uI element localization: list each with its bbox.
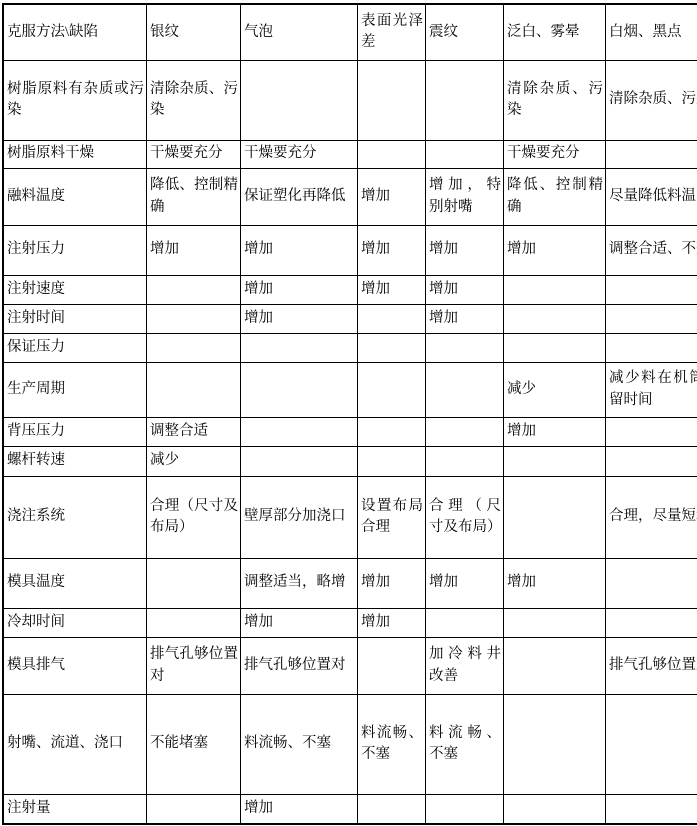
value-cell: 合理（尺寸及布局） (147, 476, 241, 558)
value-cell: 增加 (358, 608, 426, 637)
value-cell: 清除杂质、污染 (147, 60, 241, 140)
table-row: 模具排气排气孔够位置对排气孔够位置对加冷料井改善排气孔够位置对 (3, 637, 697, 694)
table-row: 树脂原料有杂质或污染清除杂质、污染清除杂质、污染清除杂质、污染 (3, 60, 697, 140)
row-label-cell: 冷却时间 (3, 608, 147, 637)
value-cell: 增加 (426, 275, 504, 304)
row-label-cell: 模具排气 (3, 637, 147, 694)
value-cell: 合理（尺寸及布局） (426, 476, 504, 558)
table-row: 保证压力 (3, 333, 697, 362)
table-row: 射嘴、流道、浇口不能堵塞料流畅、不塞料流畅、不塞料流畅、不塞 (3, 694, 697, 794)
value-cell (147, 558, 241, 608)
value-cell: 排气孔够位置对 (606, 637, 697, 694)
value-cell: 增加 (358, 225, 426, 275)
value-cell (426, 362, 504, 417)
value-cell (358, 140, 426, 168)
value-cell: 调整合适、不变质 (606, 225, 697, 275)
value-cell (606, 794, 697, 824)
value-cell: 增加 (241, 304, 358, 333)
value-cell (358, 333, 426, 362)
row-label-cell: 射嘴、流道、浇口 (3, 694, 147, 794)
value-cell: 清除杂质、污染 (504, 60, 606, 140)
value-cell (504, 694, 606, 794)
value-cell (241, 333, 358, 362)
value-cell (241, 446, 358, 476)
header-cell: 震纹 (426, 4, 504, 60)
value-cell: 尽量降低料温 (606, 168, 697, 225)
value-cell (147, 275, 241, 304)
value-cell (147, 362, 241, 417)
value-cell: 增加 (426, 558, 504, 608)
value-cell (426, 140, 504, 168)
value-cell (358, 362, 426, 417)
value-cell: 合理，尽量短粗 (606, 476, 697, 558)
row-label-cell: 模具温度 (3, 558, 147, 608)
value-cell (504, 794, 606, 824)
row-label-cell: 螺杆转速 (3, 446, 147, 476)
value-cell (241, 417, 358, 446)
value-cell (426, 608, 504, 637)
value-cell (606, 694, 697, 794)
table-body: 树脂原料有杂质或污染清除杂质、污染清除杂质、污染清除杂质、污染树脂原料干燥干燥要… (3, 60, 697, 824)
value-cell: 设置布局合理 (358, 476, 426, 558)
value-cell: 料流畅、不塞 (426, 694, 504, 794)
header-cell: 白烟、黑点 (606, 4, 697, 60)
table-row: 注射压力增加增加增加增加增加调整合适、不变质 (3, 225, 697, 275)
row-label-cell: 生产周期 (3, 362, 147, 417)
value-cell: 增加 (358, 558, 426, 608)
value-cell (606, 417, 697, 446)
header-row: 克服方法\缺陷银纹气泡表面光泽差震纹泛白、雾晕白烟、黑点 (3, 4, 697, 60)
table-row: 生产周期减少减少料在机筒内停留时间 (3, 362, 697, 417)
value-cell (504, 637, 606, 694)
value-cell (606, 446, 697, 476)
value-cell: 清除杂质、污染 (606, 60, 697, 140)
value-cell (147, 794, 241, 824)
header-cell: 泛白、雾晕 (504, 4, 606, 60)
value-cell (358, 60, 426, 140)
value-cell (426, 794, 504, 824)
row-label-cell: 注射时间 (3, 304, 147, 333)
value-cell: 增加 (504, 417, 606, 446)
value-cell: 调整合适 (147, 417, 241, 446)
value-cell: 加冷料井改善 (426, 637, 504, 694)
header-cell: 银纹 (147, 4, 241, 60)
table-row: 浇注系统合理（尺寸及布局）壁厚部分加浇口设置布局合理合理（尺寸及布局）合理，尽量… (3, 476, 697, 558)
value-cell: 增加 (358, 275, 426, 304)
value-cell (426, 446, 504, 476)
table-row: 背压压力调整合适增加 (3, 417, 697, 446)
value-cell (504, 476, 606, 558)
value-cell (606, 304, 697, 333)
value-cell: 降低、控制精确 (504, 168, 606, 225)
value-cell: 干燥要充分 (504, 140, 606, 168)
value-cell (358, 304, 426, 333)
table-row: 树脂原料干燥干燥要充分干燥要充分干燥要充分 (3, 140, 697, 168)
value-cell (358, 417, 426, 446)
defect-solution-table: 克服方法\缺陷银纹气泡表面光泽差震纹泛白、雾晕白烟、黑点 树脂原料有杂质或污染清… (2, 3, 697, 825)
value-cell: 增加 (358, 168, 426, 225)
value-cell (147, 304, 241, 333)
value-cell: 增加 (504, 558, 606, 608)
table-row: 注射时间增加增加 (3, 304, 697, 333)
row-label-cell: 浇注系统 (3, 476, 147, 558)
value-cell: 料流畅、不塞 (241, 694, 358, 794)
value-cell: 增加 (426, 225, 504, 275)
value-cell (504, 275, 606, 304)
value-cell (426, 60, 504, 140)
row-label-cell: 融料温度 (3, 168, 147, 225)
value-cell (504, 608, 606, 637)
value-cell (358, 794, 426, 824)
value-cell: 增加 (241, 608, 358, 637)
value-cell (426, 417, 504, 446)
value-cell (358, 637, 426, 694)
value-cell (606, 333, 697, 362)
value-cell: 不能堵塞 (147, 694, 241, 794)
value-cell: 增加 (241, 225, 358, 275)
value-cell: 减少料在机筒内停留时间 (606, 362, 697, 417)
header-cell: 克服方法\缺陷 (3, 4, 147, 60)
table-row: 冷却时间增加增加 (3, 608, 697, 637)
value-cell: 保证塑化再降低 (241, 168, 358, 225)
value-cell (504, 446, 606, 476)
value-cell: 减少 (504, 362, 606, 417)
value-cell (606, 558, 697, 608)
value-cell: 增加 (241, 275, 358, 304)
value-cell (606, 140, 697, 168)
row-label-cell: 树脂原料有杂质或污染 (3, 60, 147, 140)
value-cell: 减少 (147, 446, 241, 476)
row-label-cell: 注射压力 (3, 225, 147, 275)
value-cell: 增加 (426, 304, 504, 333)
row-label-cell: 保证压力 (3, 333, 147, 362)
value-cell: 增加 (504, 225, 606, 275)
value-cell: 增加 (241, 794, 358, 824)
value-cell: 壁厚部分加浇口 (241, 476, 358, 558)
value-cell (241, 60, 358, 140)
table-row: 注射速度增加增加增加 (3, 275, 697, 304)
value-cell (426, 333, 504, 362)
value-cell (241, 362, 358, 417)
table-header: 克服方法\缺陷银纹气泡表面光泽差震纹泛白、雾晕白烟、黑点 (3, 4, 697, 60)
value-cell (504, 304, 606, 333)
table-row: 模具温度调整适当，略增增加增加增加 (3, 558, 697, 608)
value-cell (606, 608, 697, 637)
value-cell: 干燥要充分 (147, 140, 241, 168)
value-cell: 增加 (147, 225, 241, 275)
value-cell (358, 446, 426, 476)
value-cell: 排气孔够位置对 (241, 637, 358, 694)
row-label-cell: 注射速度 (3, 275, 147, 304)
value-cell (147, 333, 241, 362)
header-cell: 表面光泽差 (358, 4, 426, 60)
document-page: 克服方法\缺陷银纹气泡表面光泽差震纹泛白、雾晕白烟、黑点 树脂原料有杂质或污染清… (0, 0, 697, 826)
value-cell (147, 608, 241, 637)
value-cell: 降低、控制精确 (147, 168, 241, 225)
row-label-cell: 注射量 (3, 794, 147, 824)
value-cell: 调整适当，略增 (241, 558, 358, 608)
table-row: 融料温度降低、控制精确保证塑化再降低增加增加，特别射嘴降低、控制精确尽量降低料温 (3, 168, 697, 225)
value-cell (504, 333, 606, 362)
table-row: 注射量增加 (3, 794, 697, 824)
table-row: 螺杆转速减少 (3, 446, 697, 476)
row-label-cell: 背压压力 (3, 417, 147, 446)
value-cell: 干燥要充分 (241, 140, 358, 168)
row-label-cell: 树脂原料干燥 (3, 140, 147, 168)
value-cell: 排气孔够位置对 (147, 637, 241, 694)
value-cell (606, 275, 697, 304)
value-cell: 料流畅、不塞 (358, 694, 426, 794)
header-cell: 气泡 (241, 4, 358, 60)
value-cell: 增加，特别射嘴 (426, 168, 504, 225)
